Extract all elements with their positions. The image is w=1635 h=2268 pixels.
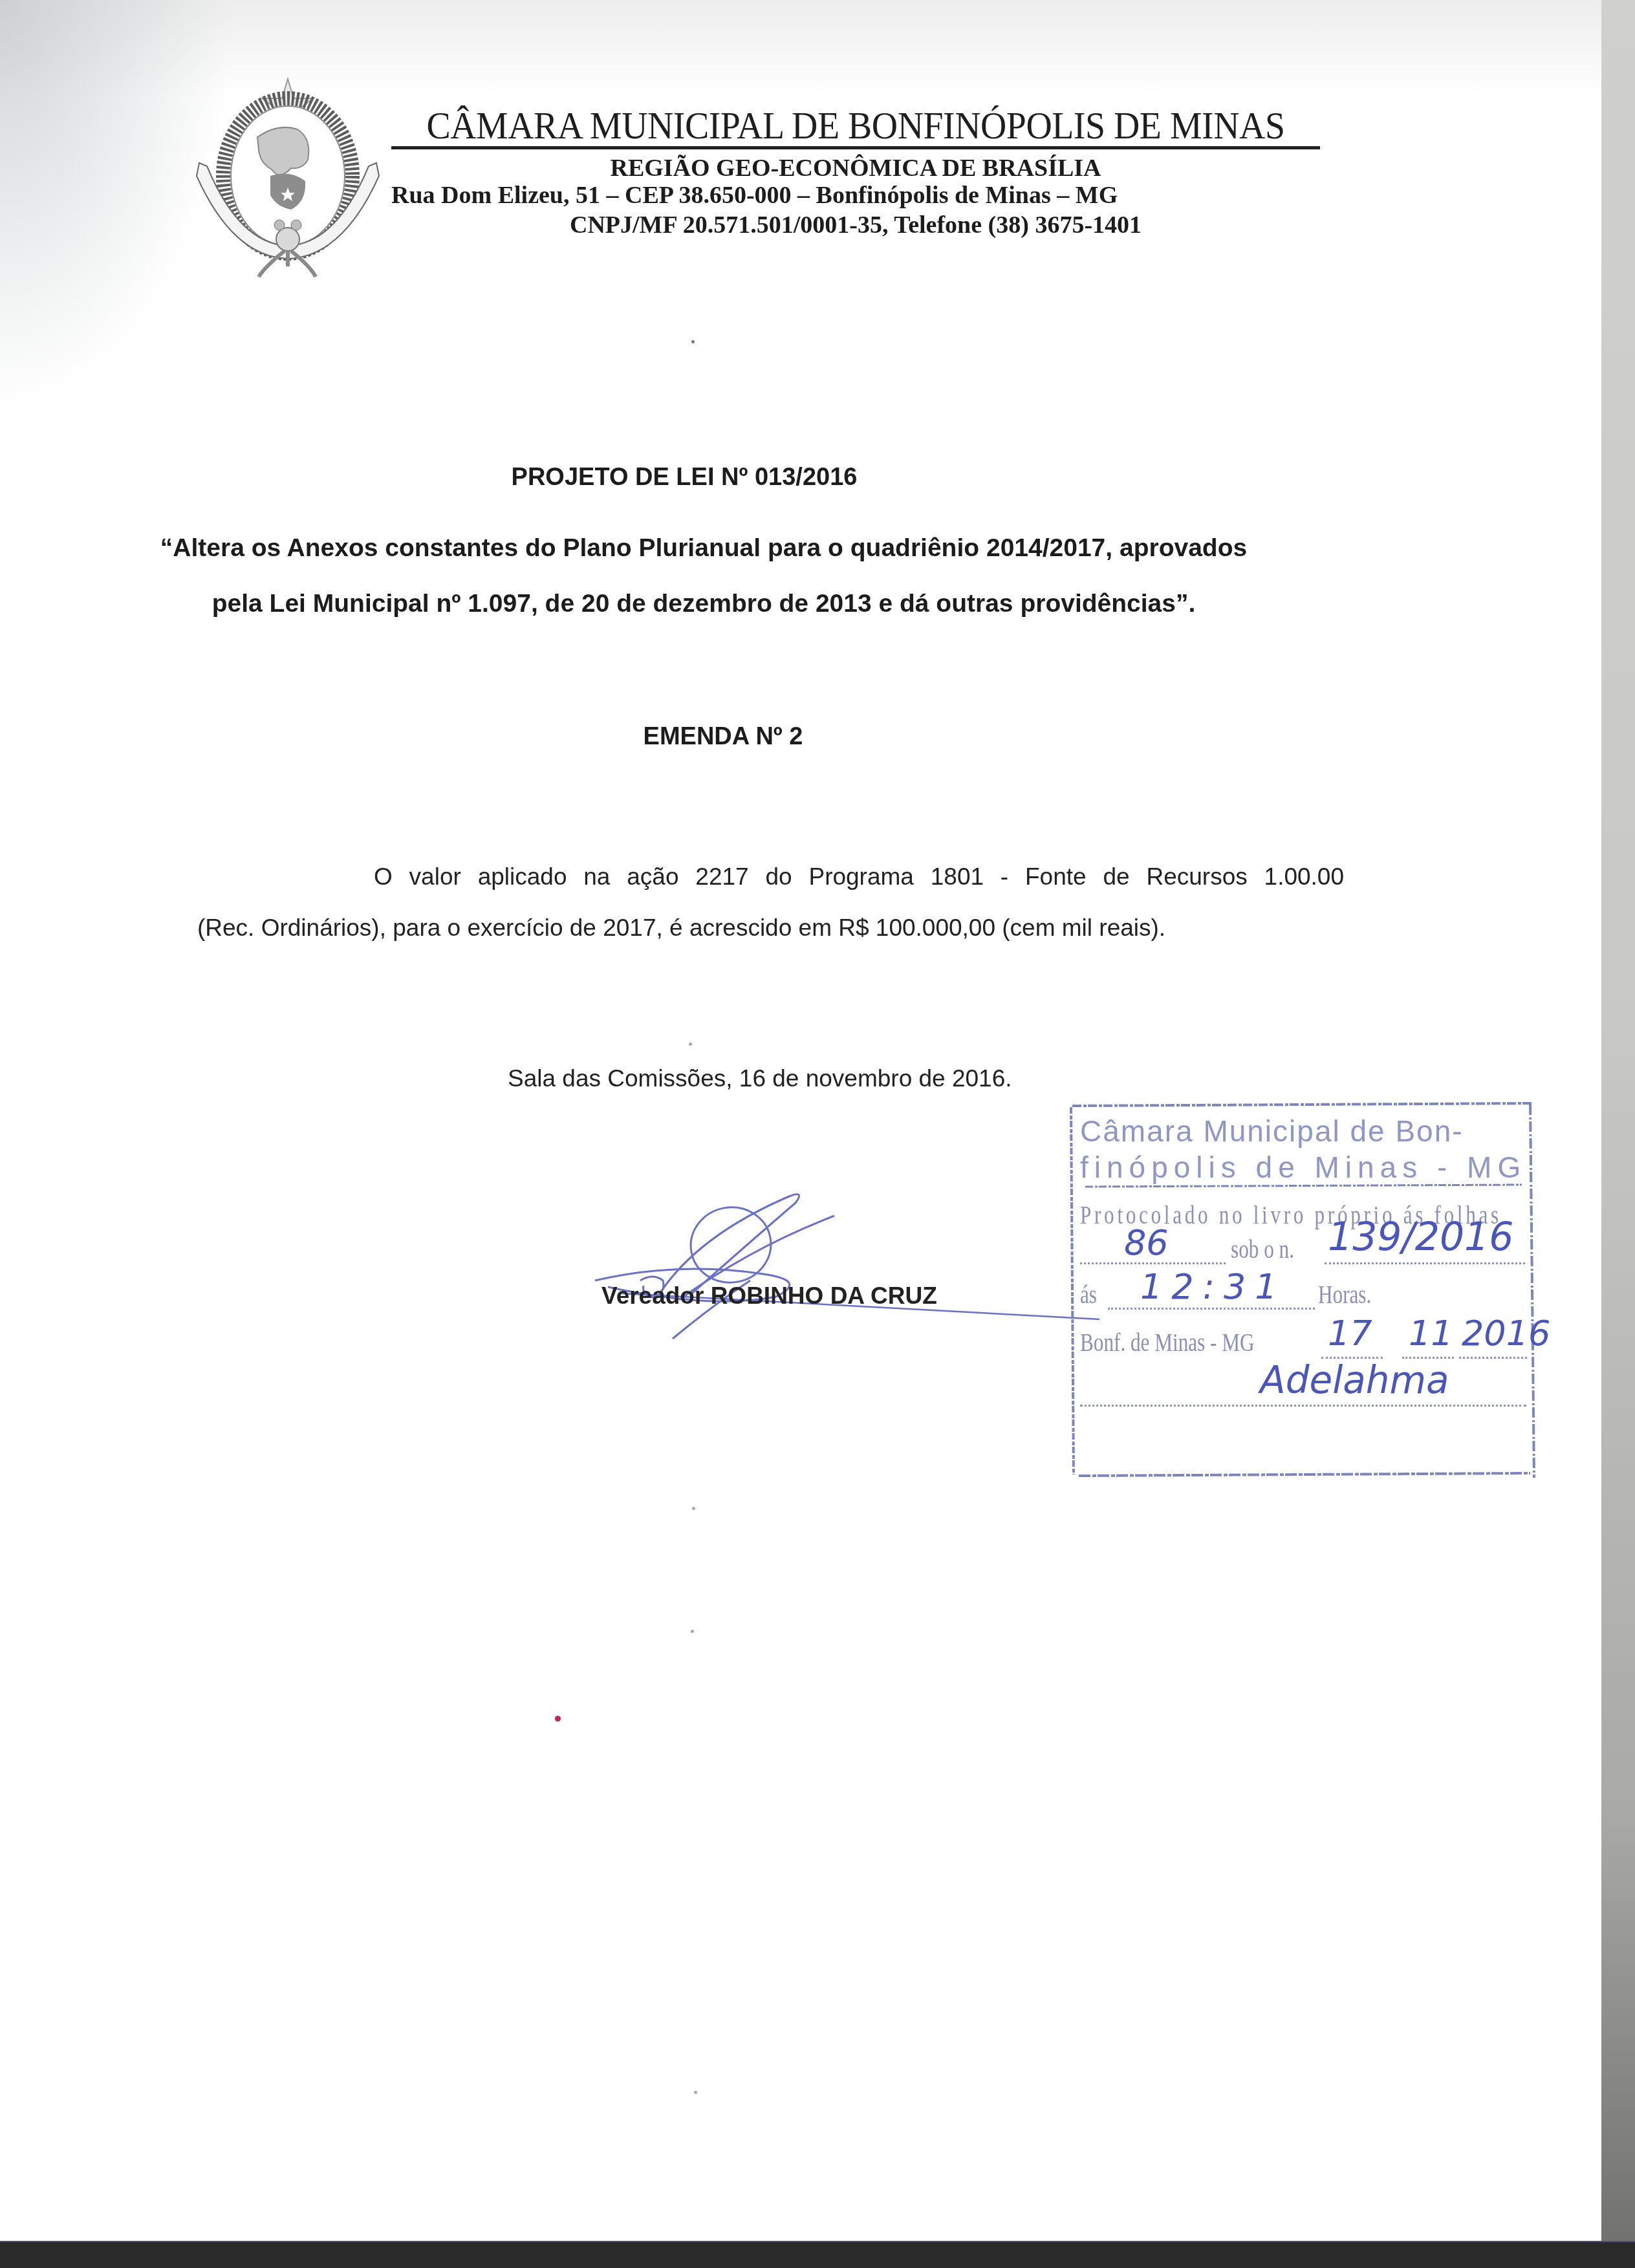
stamp-header-line-2: finópolis de Minas - MG <box>1080 1150 1526 1185</box>
institution-contact: CNPJ/MF 20.571.501/0001-35, Telefone (38… <box>391 211 1320 239</box>
stamp-time-value: 12:31 <box>1140 1266 1286 1307</box>
institution-name: CÂMARA MUNICIPAL DE BONFINÓPOLIS DE MINA… <box>391 103 1320 148</box>
scan-speck <box>692 1507 695 1510</box>
amendment-body-line-2: (Rec. Ordinários), para o exercício de 2… <box>197 914 1165 942</box>
bill-title: PROJETO DE LEI Nº 013/2016 <box>0 464 1485 491</box>
stamp-date-year: 2016 <box>1462 1313 1550 1354</box>
scan-speck <box>694 2091 697 2094</box>
scan-speck <box>689 1042 692 1046</box>
letterhead-underline <box>391 146 1320 149</box>
stamp-header-line-1: Câmara Municipal de Bon- <box>1080 1114 1526 1149</box>
institution-address: Rua Dom Elizeu, 51 – CEP 38.650-000 – Bo… <box>391 181 1320 210</box>
institution-region: REGIÃO GEO-ECONÔMICA DE BRASÍLIA <box>391 154 1320 182</box>
stamp-sheet-number: 86 <box>1124 1222 1169 1263</box>
stamp-place-label: Bonf. de Minas - MG <box>1080 1327 1255 1357</box>
municipal-seal-icon <box>188 72 388 279</box>
stamp-fill-line <box>1325 1262 1525 1264</box>
bill-summary-line-2: pela Lei Municipal nº 1.097, de 20 de de… <box>0 576 1504 632</box>
amendment-body-line-1: O valor aplicado na ação 2217 do Program… <box>374 863 1344 891</box>
stamp-fill-line <box>1080 1262 1226 1264</box>
signature-scribble-icon <box>582 1183 1099 1352</box>
stamp-time-prefix: ás <box>1080 1279 1097 1310</box>
signatory-name: Vereador ROBINHO DA CRUZ <box>601 1282 937 1310</box>
stamp-clerk-signature: Adelahma <box>1260 1358 1449 1402</box>
scanner-edge-bottom <box>0 2241 1635 2268</box>
amendment-title: EMENDA Nº 2 <box>0 723 1524 751</box>
scan-speck <box>691 1630 694 1633</box>
scan-speck-red <box>555 1716 561 1722</box>
scanner-edge-right <box>1601 0 1635 2268</box>
stamp-date-month: 11 <box>1409 1313 1453 1354</box>
scan-speck <box>691 340 695 343</box>
stamp-fill-line <box>1459 1357 1527 1359</box>
bill-summary-line-1: “Altera os Anexos constantes do Plano Pl… <box>0 521 1504 576</box>
stamp-protocol-number: 139/2016 <box>1328 1215 1513 1260</box>
stamp-number-label: sob o n. <box>1231 1234 1294 1264</box>
place-and-date: Sala das Comissões, 16 de novembro de 20… <box>508 1065 1012 1092</box>
bill-summary: “Altera os Anexos constantes do Plano Pl… <box>0 521 1504 632</box>
protocol-stamp: Câmara Municipal de Bon- finópolis de Mi… <box>1066 1099 1536 1481</box>
stamp-date-day: 17 <box>1328 1313 1372 1354</box>
stamp-time-suffix: Horas. <box>1318 1279 1371 1310</box>
stamp-fill-line <box>1108 1308 1315 1310</box>
stamp-fill-line <box>1080 1405 1526 1407</box>
